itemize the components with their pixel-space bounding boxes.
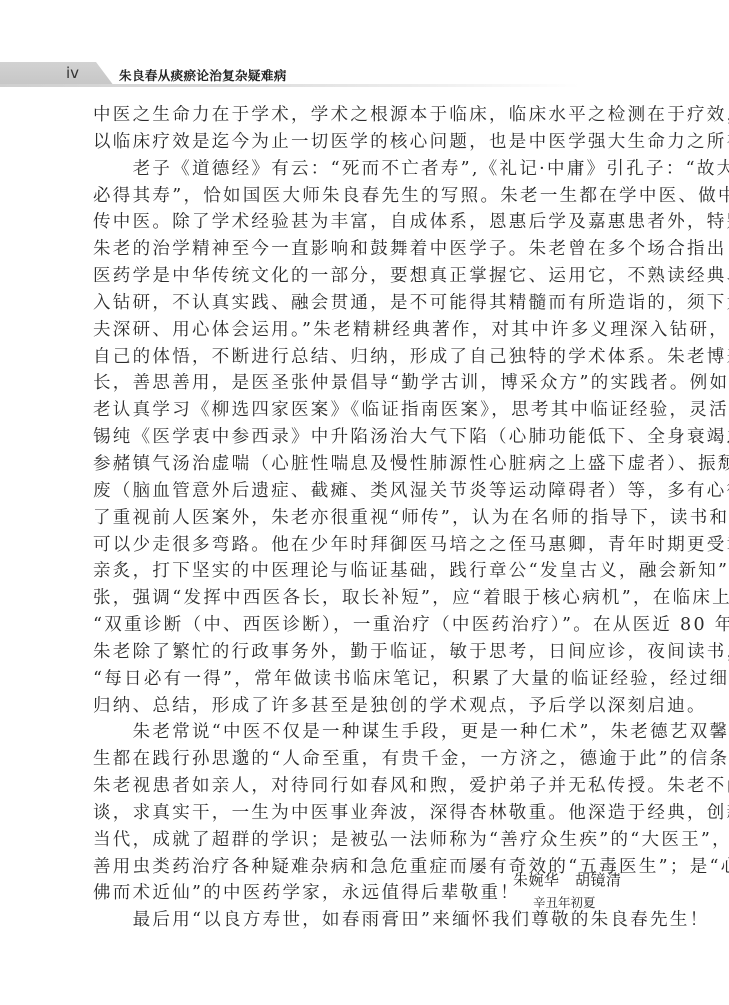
text-line: 谈，求真实干，一生为中医事业奔波，深得杏林敬重。他深造于经典，创新于 (93, 800, 653, 827)
text-line: 朱老除了繁忙的行政事务外，勤于临证，敏于思考，日间应诊，夜间读书，坚持 (93, 639, 653, 666)
text-line: “每日必有一得”，常年做读书临床笔记，积累了大量的临证经验，经过细致深入 (93, 666, 653, 693)
text-line: 长，善思善用，是医圣张仲景倡导“勤学古训，博采众方”的实践者。例如，朱 (93, 370, 653, 397)
signature-authors: 朱婉华 胡镜清 (513, 869, 623, 890)
text-line: 亲炙，打下坚实的中医理论与临证基础，践行章公“发皇古义，融会新知”的主 (93, 558, 653, 585)
text-line: 归纳、总结，形成了许多甚至是独创的学术观点，予后学以深刻启迪。 (93, 693, 653, 720)
text-line: 中医之生命力在于学术，学术之根源本于临床，临床水平之检测在于疗效，所 (93, 102, 653, 129)
running-head-tab (0, 62, 114, 86)
text-line: 朱老常说“中医不仅是一种谋生手段，更是一种仁术”，朱老德艺双馨，一 (93, 719, 653, 746)
text-line: 当代，成就了超群的学识；是被弘一法师称为“善疗众生疾”的“大医王”，是 (93, 827, 653, 854)
text-line: 朱老的治学精神至今一直影响和鼓舞着中医学子。朱老曾在多个场合指出：“中 (93, 236, 653, 263)
book-title: 朱良春从痰瘀论治复杂疑难病 (119, 65, 287, 84)
text-line: 夫深研、用心体会运用。”朱老精耕经典著作，对其中许多义理深入钻研，结合 (93, 317, 653, 344)
text-line: 了重视前人医案外，朱老亦很重视“师传”，认为在名师的指导下，读书和实践都 (93, 505, 653, 532)
text-line: 老子《道德经》有云：“死而不亡者寿”,《礼记·中庸》引孔子：“故大德，…… (93, 156, 653, 183)
signature-date: 辛丑年初夏 (533, 893, 623, 911)
text-line: 张，强调“发挥中西医各长，取长补短”，应“着眼于核心病机”，在临床上提倡 (93, 585, 653, 612)
text-line: 传中医。除了学术经验甚为丰富，自成体系，恩惠后学及嘉惠患者外，特别是 (93, 209, 653, 236)
text-line: 废（脑血管意外后遗症、截瘫、类风湿关节炎等运动障碍者）等，多有心得。除 (93, 478, 653, 505)
text-line: 生都在践行孙思邈的“人命至重，有贵千金，一方济之，德逾于此”的信条。 (93, 746, 653, 773)
running-head-rule (0, 84, 580, 87)
text-line: 必得其寿”，恰如国医大师朱良春先生的写照。朱老一生都在学中医、做中医、 (93, 183, 653, 210)
text-line: “双重诊断（中、西医诊断），一重治疗（中医药治疗）”。在从医近 80 年时间里， (93, 612, 653, 639)
text-line: 入钻研，不认真实践、融会贯通，是不可能得其精髓而有所造诣的，须下大功 (93, 290, 653, 317)
text-line: 锡纯《医学衷中参西录》中升陷汤治大气下陷（心肺功能低下、全身衰竭之候）、 (93, 424, 653, 451)
text-line: 医药学是中华传统文化的一部分，要想真正掌握它、运用它，不熟读经典、深 (93, 263, 653, 290)
text-line: 朱老视患者如亲人，对待同行如春风和煦，爱护弟子并无私传授。朱老不尚空 (93, 773, 653, 800)
text-line: 最后用“以良方寿世，如春雨膏田”来缅怀我们尊敬的朱良春先生！ (93, 907, 653, 934)
text-line: 参赭镇气汤治虚喘（心脏性喘息及慢性肺源性心脏病之上盛下虚者）、振颓丸治痿 (93, 451, 653, 478)
page-number: iv (66, 64, 79, 82)
text-line: 可以少走很多弯路。他在少年时拜御医马培之之侄马惠卿，青年时期更受章次公 (93, 532, 653, 559)
text-line: 以临床疗效是迄今为止一切医学的核心问题，也是中医学强大生命力之所在。 (93, 129, 653, 156)
text-line: 老认真学习《柳选四家医案》《临证指南医案》，思考其中临证经验，灵活应用张 (93, 397, 653, 424)
text-line: 自己的体悟，不断进行总结、归纳，形成了自己独特的学术体系。朱老博采众 (93, 344, 653, 371)
running-head: iv 朱良春从痰瘀论治复杂疑难病 (0, 62, 729, 86)
signature-block: 朱婉华 胡镜清 辛丑年初夏 (513, 869, 623, 911)
body-text: 中医之生命力在于学术，学术之根源本于临床，临床水平之检测在于疗效，所以临床疗效是… (93, 102, 653, 934)
